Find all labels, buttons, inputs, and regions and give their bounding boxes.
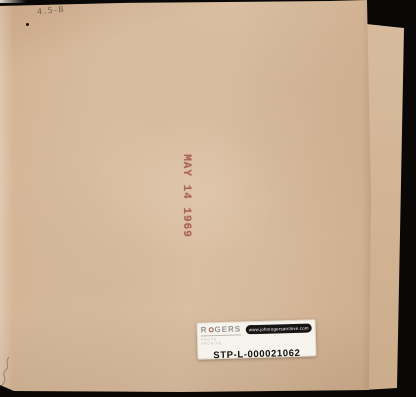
aperture-icon	[208, 327, 213, 332]
photo-back-scan: 4.5-B MAY 14 1969 R GERS PHOTO ARCHIVE w…	[0, 0, 416, 397]
archive-sticker: R GERS PHOTO ARCHIVE www.johnrogersarchi…	[197, 319, 317, 359]
pencil-scribble	[0, 356, 14, 388]
rogers-logo: R GERS PHOTO ARCHIVE	[201, 324, 247, 347]
logo-prefix: R	[201, 325, 208, 334]
scanner-edge-sliver	[0, 0, 26, 3]
sticker-top-row: R GERS PHOTO ARCHIVE www.johnrogersarchi…	[201, 322, 313, 347]
logo-subtext: PHOTO ARCHIVE	[201, 337, 237, 346]
photo-back-sheet: 4.5-B MAY 14 1969 R GERS PHOTO ARCHIVE w…	[0, 0, 372, 397]
date-stamp: MAY 14 1969	[180, 154, 192, 238]
website-pill: www.johnrogersarchive.com	[246, 323, 312, 334]
ink-speck	[26, 23, 29, 26]
logo-suffix: GERS	[214, 324, 241, 334]
